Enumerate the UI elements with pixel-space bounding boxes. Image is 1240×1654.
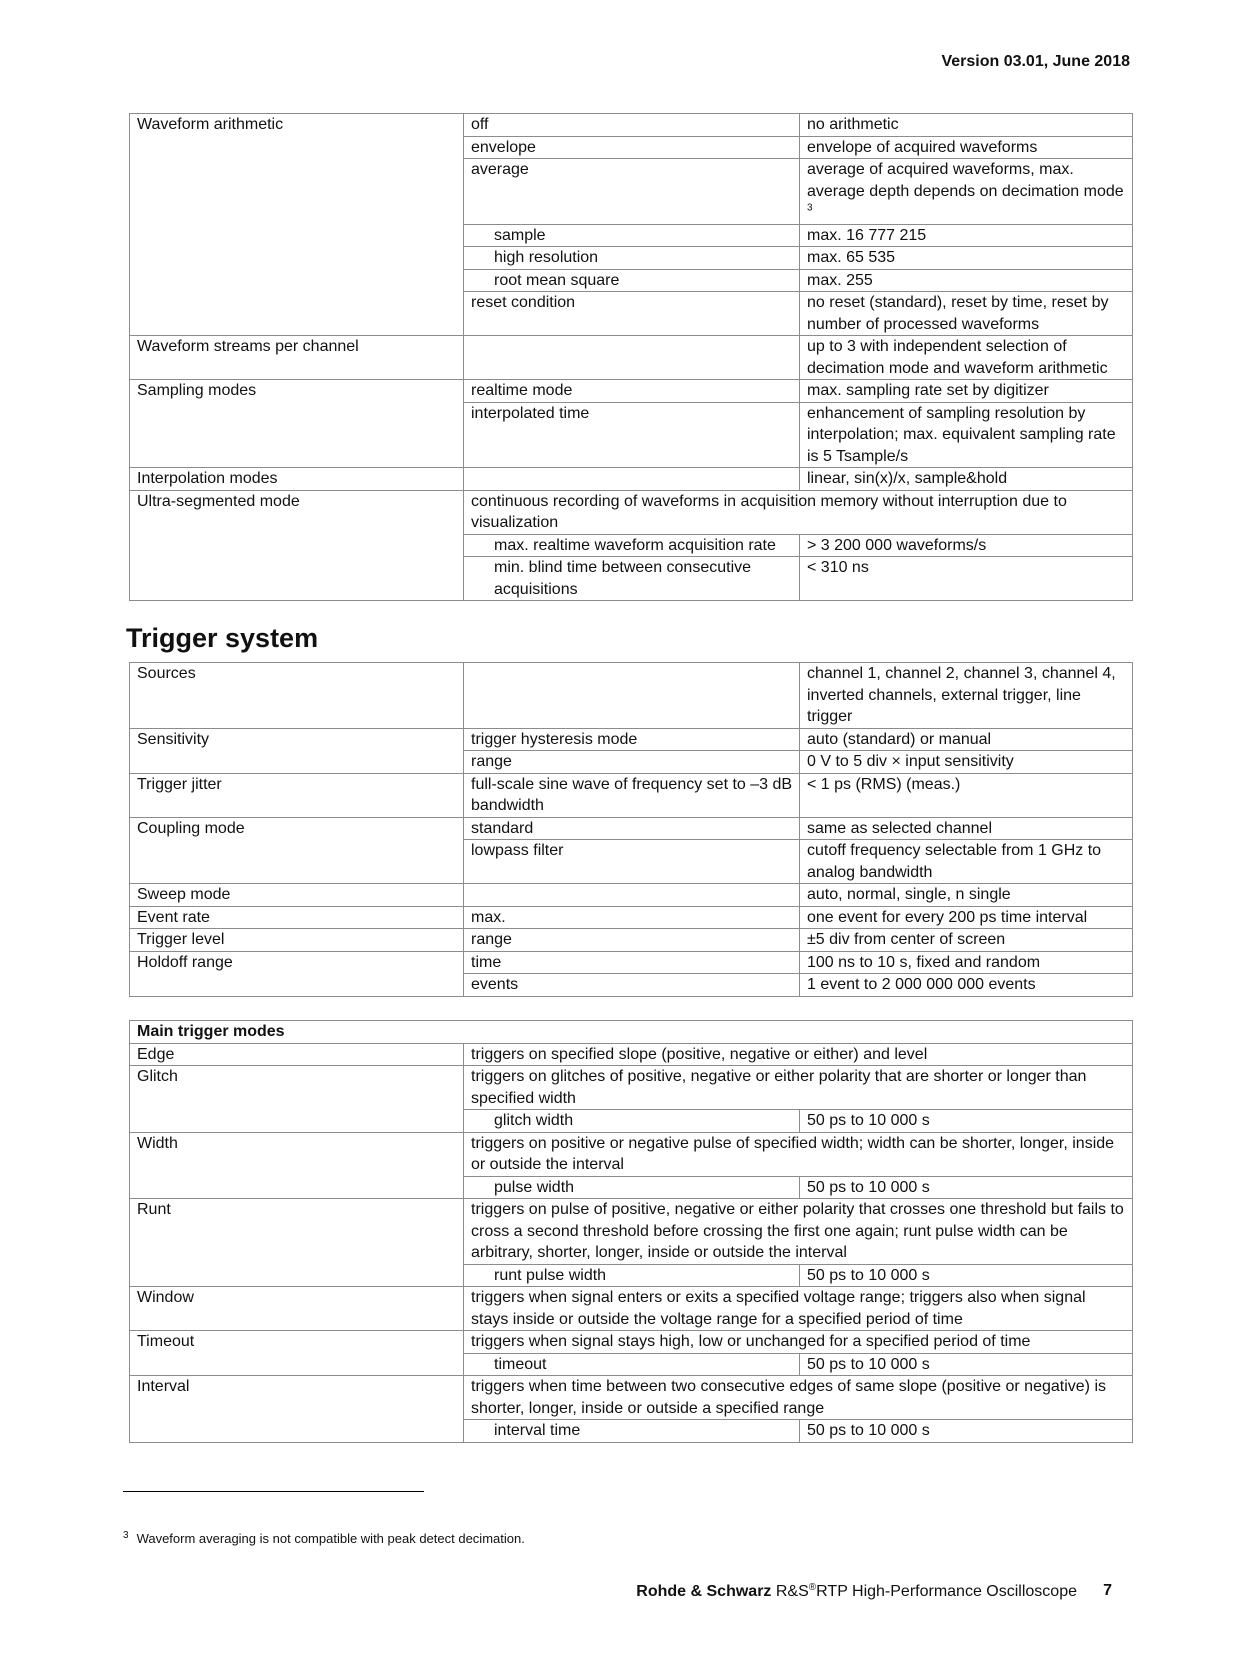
spec-value: 50 ps to 10 000 s [800, 1176, 1133, 1199]
spec-label: Trigger level [130, 929, 464, 952]
spec-value: max. 16 777 215 [800, 224, 1133, 247]
trigger-spec-table: Sources channel 1, channel 2, channel 3,… [129, 662, 1133, 997]
spec-label: Sources [130, 663, 464, 729]
spec-param: range [464, 751, 800, 774]
spec-value: auto (standard) or manual [800, 728, 1133, 751]
spec-value: max. sampling rate set by digitizer [800, 380, 1133, 403]
footnote-text: Waveform averaging is not compatible wit… [137, 1531, 525, 1546]
spec-param [464, 884, 800, 907]
spec-param: interpolated time [464, 402, 800, 468]
table-row: Width triggers on positive or negative p… [130, 1132, 1133, 1176]
spec-value: enhancement of sampling resolution by in… [800, 402, 1133, 468]
spec-label: Waveform streams per channel [130, 336, 464, 380]
section-heading-trigger-system: Trigger system [126, 623, 318, 653]
spec-param: runt pulse width [464, 1264, 800, 1287]
table-row: Sampling modes realtime mode max. sampli… [130, 380, 1133, 403]
spec-value: no arithmetic [800, 114, 1133, 137]
spec-value: 50 ps to 10 000 s [800, 1353, 1133, 1376]
spec-value: max. 255 [800, 269, 1133, 292]
spec-label: Sensitivity [130, 728, 464, 773]
spec-value: ±5 div from center of screen [800, 929, 1133, 952]
mode-description: triggers when signal stays high, low or … [464, 1331, 1133, 1354]
spec-param: sample [464, 224, 800, 247]
spec-param [464, 336, 800, 380]
table-header-row: Main trigger modes [130, 1021, 1133, 1044]
spec-label: Trigger jitter [130, 773, 464, 817]
table-row: Event rate max. one event for every 200 … [130, 906, 1133, 929]
mode-label: Width [130, 1132, 464, 1199]
footnote-mark: 3 [123, 1530, 129, 1541]
spec-value: 1 event to 2 000 000 000 events [800, 974, 1133, 997]
spec-param: realtime mode [464, 380, 800, 403]
spec-label: Event rate [130, 906, 464, 929]
spec-value: < 1 ps (RMS) (meas.) [800, 773, 1133, 817]
spec-param [464, 468, 800, 491]
footnote-ref[interactable]: 3 [807, 203, 813, 214]
footnote-separator [123, 1491, 424, 1492]
spec-description: continuous recording of waveforms in acq… [464, 490, 1133, 534]
spec-param: timeout [464, 1353, 800, 1376]
mode-label: Runt [130, 1199, 464, 1287]
spec-value: up to 3 with independent selection of de… [800, 336, 1133, 380]
spec-param: pulse width [464, 1176, 800, 1199]
spec-value: same as selected channel [800, 817, 1133, 840]
mode-description: triggers on pulse of positive, negative … [464, 1199, 1133, 1265]
spec-param: envelope [464, 136, 800, 159]
spec-value: average of acquired waveforms, max. aver… [800, 159, 1133, 225]
acquisition-spec-table: Waveform arithmetic off no arithmetic en… [129, 113, 1133, 601]
spec-param: interval time [464, 1420, 800, 1443]
spec-param: trigger hysteresis mode [464, 728, 800, 751]
table-row: Interpolation modes linear, sin(x)/x, sa… [130, 468, 1133, 491]
table-row: Sources channel 1, channel 2, channel 3,… [130, 663, 1133, 729]
spec-param: max. [464, 906, 800, 929]
spec-param [464, 663, 800, 729]
table-row: Runt triggers on pulse of positive, nega… [130, 1199, 1133, 1265]
mode-label: Interval [130, 1376, 464, 1443]
mode-description: triggers on specified slope (positive, n… [464, 1043, 1133, 1066]
page-number: 7 [1103, 1582, 1112, 1600]
spec-value: one event for every 200 ps time interval [800, 906, 1133, 929]
table-row: Window triggers when signal enters or ex… [130, 1287, 1133, 1331]
spec-value: 0 V to 5 div × input sensitivity [800, 751, 1133, 774]
spec-label: Holdoff range [130, 951, 464, 996]
table-row: Coupling mode standard same as selected … [130, 817, 1133, 840]
table-row: Interval triggers when time between two … [130, 1376, 1133, 1420]
trigger-modes-table: Main trigger modes Edge triggers on spec… [129, 1020, 1133, 1443]
mode-description: triggers on glitches of positive, negati… [464, 1066, 1133, 1110]
mode-description: triggers when time between two consecuti… [464, 1376, 1133, 1420]
table-row: Waveform arithmetic off no arithmetic [130, 114, 1133, 137]
spec-param: high resolution [464, 247, 800, 270]
table-row: Sensitivity trigger hysteresis mode auto… [130, 728, 1133, 751]
footer-brand: Rohde & Schwarz R&S®RTP High-Performance… [636, 1582, 1077, 1601]
mode-label: Window [130, 1287, 464, 1331]
mode-label: Edge [130, 1043, 464, 1066]
table-row: Trigger level range ±5 div from center o… [130, 929, 1133, 952]
spec-label: Sweep mode [130, 884, 464, 907]
footer-company: Rohde & Schwarz [636, 1583, 771, 1600]
spec-value: cutoff frequency selectable from 1 GHz t… [800, 840, 1133, 884]
spec-param: off [464, 114, 800, 137]
spec-label: Ultra-segmented mode [130, 490, 464, 601]
spec-value: max. 65 535 [800, 247, 1133, 270]
spec-param: glitch width [464, 1110, 800, 1133]
mode-label: Timeout [130, 1331, 464, 1376]
spec-param: lowpass filter [464, 840, 800, 884]
table-row: Trigger jitter full-scale sine wave of f… [130, 773, 1133, 817]
version-header: Version 03.01, June 2018 [941, 53, 1130, 71]
mode-description: triggers when signal enters or exits a s… [464, 1287, 1133, 1331]
spec-value: 100 ns to 10 s, fixed and random [800, 951, 1133, 974]
table-row: Edge triggers on specified slope (positi… [130, 1043, 1133, 1066]
mode-label: Glitch [130, 1066, 464, 1133]
table-row: Timeout triggers when signal stays high,… [130, 1331, 1133, 1354]
spec-label: Coupling mode [130, 817, 464, 884]
spec-param: time [464, 951, 800, 974]
spec-param: max. realtime waveform acquisition rate [464, 534, 800, 557]
mode-description: triggers on positive or negative pulse o… [464, 1132, 1133, 1176]
spec-param: root mean square [464, 269, 800, 292]
spec-value: no reset (standard), reset by time, rese… [800, 292, 1133, 336]
spec-value: 50 ps to 10 000 s [800, 1110, 1133, 1133]
table-row: Waveform streams per channel up to 3 wit… [130, 336, 1133, 380]
spec-value-text: average of acquired waveforms, max. aver… [807, 161, 1124, 200]
spec-value: 50 ps to 10 000 s [800, 1264, 1133, 1287]
table-row: Sweep mode auto, normal, single, n singl… [130, 884, 1133, 907]
spec-value: channel 1, channel 2, channel 3, channel… [800, 663, 1133, 729]
spec-label: Sampling modes [130, 380, 464, 468]
spec-value: envelope of acquired waveforms [800, 136, 1133, 159]
footer-product-prefix: R&S [776, 1583, 809, 1600]
spec-value: > 3 200 000 waveforms/s [800, 534, 1133, 557]
spec-param: events [464, 974, 800, 997]
footer-product: RTP High-Performance Oscilloscope [816, 1583, 1077, 1600]
spec-param: standard [464, 817, 800, 840]
spec-param: average [464, 159, 800, 225]
spec-value: 50 ps to 10 000 s [800, 1420, 1133, 1443]
spec-param: range [464, 929, 800, 952]
spec-value: linear, sin(x)/x, sample&hold [800, 468, 1133, 491]
footnote: 3Waveform averaging is not compatible wi… [123, 1530, 525, 1546]
table-header: Main trigger modes [130, 1021, 1133, 1044]
spec-param: min. blind time between consecutive acqu… [464, 557, 800, 601]
spec-value: < 310 ns [800, 557, 1133, 601]
table-row: Ultra-segmented mode continuous recordin… [130, 490, 1133, 534]
spec-label: Waveform arithmetic [130, 114, 464, 336]
table-row: Holdoff range time 100 ns to 10 s, fixed… [130, 951, 1133, 974]
spec-value: auto, normal, single, n single [800, 884, 1133, 907]
spec-param: full-scale sine wave of frequency set to… [464, 773, 800, 817]
spec-param: reset condition [464, 292, 800, 336]
table-row: Glitch triggers on glitches of positive,… [130, 1066, 1133, 1110]
spec-label: Interpolation modes [130, 468, 464, 491]
